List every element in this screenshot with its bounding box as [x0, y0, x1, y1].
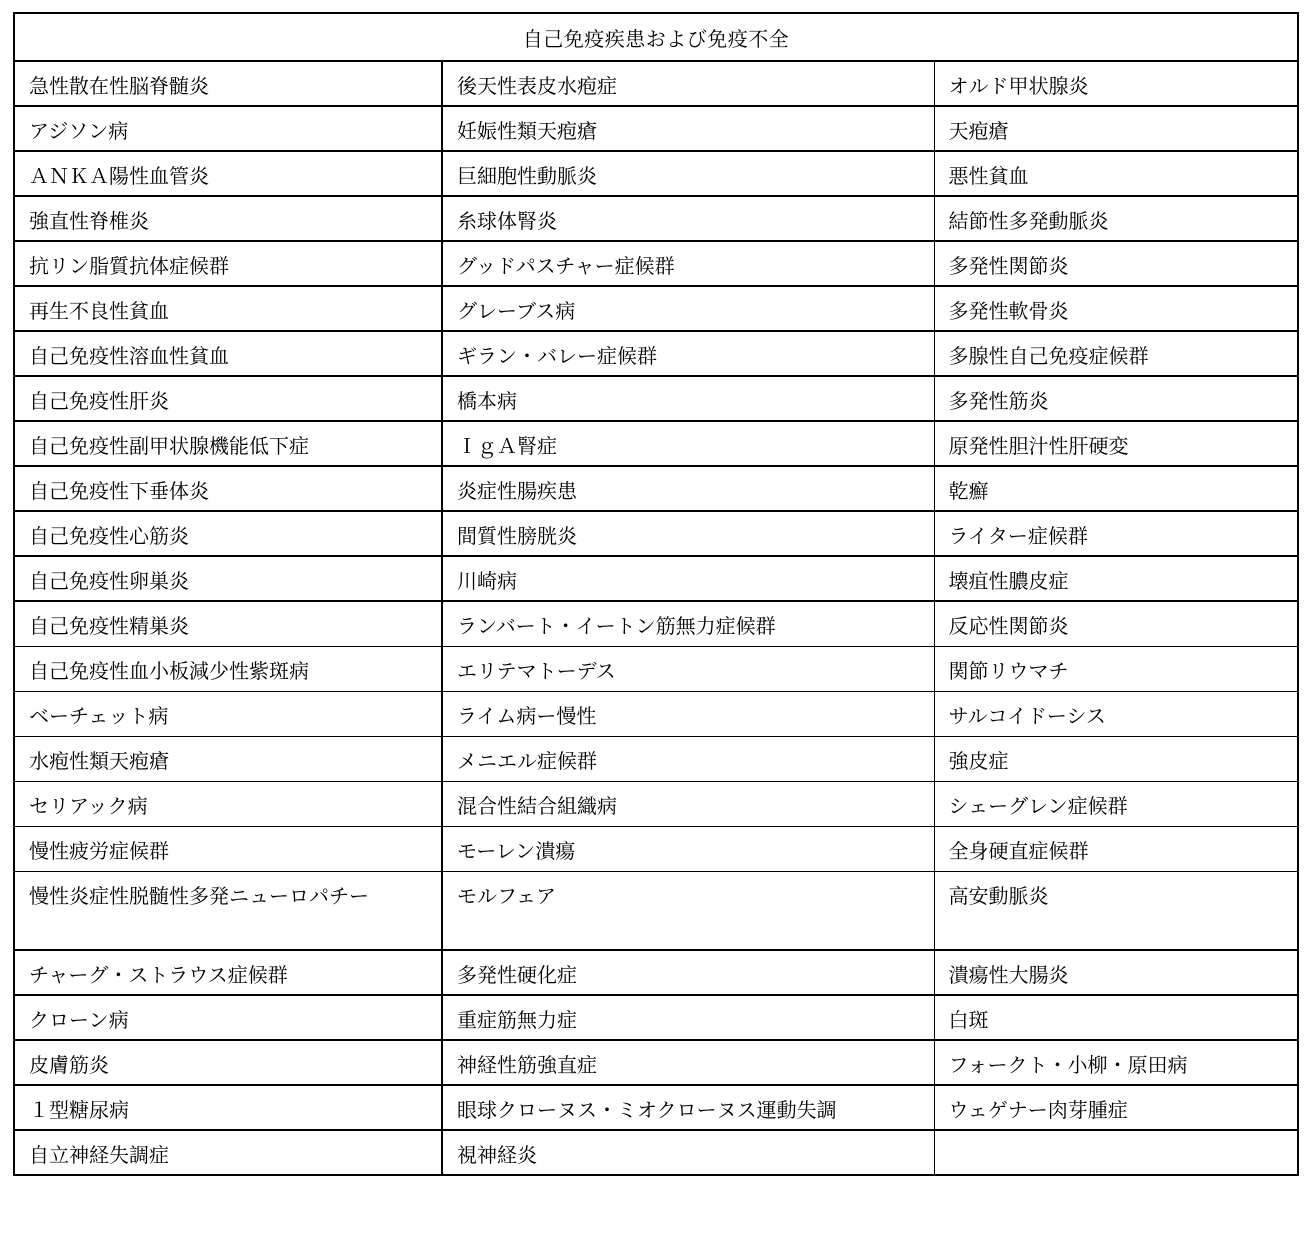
table-cell: 高安動脈炎: [934, 871, 1298, 950]
table-cell: モルフェア: [442, 871, 934, 950]
table-cell: 自己免疫性肝炎: [14, 376, 442, 421]
table-row: 急性散在性脳脊髄炎 後天性表皮水疱症 オルド甲状腺炎: [14, 61, 1298, 106]
table-cell: ＩｇＡ腎症: [442, 421, 934, 466]
table-cell: 関節リウマチ: [934, 646, 1298, 691]
table-cell-empty: [934, 1130, 1298, 1175]
table-cell: ライター症候群: [934, 511, 1298, 556]
table-row: クローン病 重症筋無力症 白斑: [14, 995, 1298, 1040]
table-cell: 全身硬直症候群: [934, 826, 1298, 871]
table-cell: セリアック病: [14, 781, 442, 826]
table-row: １型糖尿病 眼球クローヌス・ミオクローヌス運動失調 ウェゲナー肉芽腫症: [14, 1085, 1298, 1130]
table-cell: １型糖尿病: [14, 1085, 442, 1130]
table-cell: ギラン・バレー症候群: [442, 331, 934, 376]
table-cell: 多発性硬化症: [442, 950, 934, 995]
table-header-row: 自己免疫疾患および免疫不全: [14, 13, 1298, 61]
table-cell: 糸球体腎炎: [442, 196, 934, 241]
table-cell: 皮膚筋炎: [14, 1040, 442, 1085]
table-cell: 自己免疫性副甲状腺機能低下症: [14, 421, 442, 466]
table-cell: 妊娠性類天疱瘡: [442, 106, 934, 151]
table-cell: 壊疽性膿皮症: [934, 556, 1298, 601]
table-row: ＡＮＫＡ陽性血管炎 巨細胞性動脈炎 悪性貧血: [14, 151, 1298, 196]
table-cell: 間質性膀胱炎: [442, 511, 934, 556]
table-cell: 自己免疫性卵巣炎: [14, 556, 442, 601]
table-cell: 結節性多発動脈炎: [934, 196, 1298, 241]
table-cell: 巨細胞性動脈炎: [442, 151, 934, 196]
table-cell: 川崎病: [442, 556, 934, 601]
table-row: 水疱性類天疱瘡 メニエル症候群 強皮症: [14, 736, 1298, 781]
table-cell: 重症筋無力症: [442, 995, 934, 1040]
table-row: 自己免疫性卵巣炎 川崎病 壊疽性膿皮症: [14, 556, 1298, 601]
table-cell: 悪性貧血: [934, 151, 1298, 196]
table-cell: 視神経炎: [442, 1130, 934, 1175]
table-row: アジソン病 妊娠性類天疱瘡 天疱瘡: [14, 106, 1298, 151]
table-cell: 反応性関節炎: [934, 601, 1298, 646]
table-cell: 抗リン脂質抗体症候群: [14, 241, 442, 286]
table-row: ベーチェット病 ライム病ー慢性 サルコイドーシス: [14, 691, 1298, 736]
table-row: 自己免疫性下垂体炎 炎症性腸疾患 乾癬: [14, 466, 1298, 511]
table-cell: オルド甲状腺炎: [934, 61, 1298, 106]
table-cell: 自己免疫性精巣炎: [14, 601, 442, 646]
table-cell: グッドパスチャー症候群: [442, 241, 934, 286]
table-cell: 強直性脊椎炎: [14, 196, 442, 241]
table-cell: 多腺性自己免疫症候群: [934, 331, 1298, 376]
table-cell: 眼球クローヌス・ミオクローヌス運動失調: [442, 1085, 934, 1130]
table-row: 再生不良性貧血 グレーブス病 多発性軟骨炎: [14, 286, 1298, 331]
table-cell: 神経性筋強直症: [442, 1040, 934, 1085]
table-row: 抗リン脂質抗体症候群 グッドパスチャー症候群 多発性関節炎: [14, 241, 1298, 286]
table-cell: フォークト・小柳・原田病: [934, 1040, 1298, 1085]
table-cell: チャーグ・ストラウス症候群: [14, 950, 442, 995]
table-row: チャーグ・ストラウス症候群 多発性硬化症 潰瘍性大腸炎: [14, 950, 1298, 995]
table-row: 自立神経失調症 視神経炎: [14, 1130, 1298, 1175]
table-cell: 慢性炎症性脱髄性多発ニューロパチー: [14, 871, 442, 950]
table-title: 自己免疫疾患および免疫不全: [14, 13, 1298, 61]
table-cell: 慢性疲労症候群: [14, 826, 442, 871]
table-cell: モーレン潰瘍: [442, 826, 934, 871]
table-cell: 自己免疫性血小板減少性紫斑病: [14, 646, 442, 691]
table-row: セリアック病 混合性結合組織病 シェーグレン症候群: [14, 781, 1298, 826]
table-cell: 橋本病: [442, 376, 934, 421]
table-cell: 多発性軟骨炎: [934, 286, 1298, 331]
table-cell: ベーチェット病: [14, 691, 442, 736]
table-row: 強直性脊椎炎 糸球体腎炎 結節性多発動脈炎: [14, 196, 1298, 241]
table-row: 自己免疫性肝炎 橋本病 多発性筋炎: [14, 376, 1298, 421]
table-cell: エリテマトーデス: [442, 646, 934, 691]
table-cell: 多発性関節炎: [934, 241, 1298, 286]
table-cell: 混合性結合組織病: [442, 781, 934, 826]
table-cell: グレーブス病: [442, 286, 934, 331]
table-cell: 原発性胆汁性肝硬変: [934, 421, 1298, 466]
table-cell: 多発性筋炎: [934, 376, 1298, 421]
table-cell: 自己免疫性溶血性貧血: [14, 331, 442, 376]
table-cell: シェーグレン症候群: [934, 781, 1298, 826]
table-cell: 再生不良性貧血: [14, 286, 442, 331]
table-row: 自己免疫性溶血性貧血 ギラン・バレー症候群 多腺性自己免疫症候群: [14, 331, 1298, 376]
table-row: 自己免疫性精巣炎 ランバート・イートン筋無力症候群 反応性関節炎: [14, 601, 1298, 646]
table-cell: 白斑: [934, 995, 1298, 1040]
table-row: 皮膚筋炎 神経性筋強直症 フォークト・小柳・原田病: [14, 1040, 1298, 1085]
table-cell: 急性散在性脳脊髄炎: [14, 61, 442, 106]
table-cell: ウェゲナー肉芽腫症: [934, 1085, 1298, 1130]
disease-table: 自己免疫疾患および免疫不全 急性散在性脳脊髄炎 後天性表皮水疱症 オルド甲状腺炎…: [13, 12, 1299, 1176]
table-cell: サルコイドーシス: [934, 691, 1298, 736]
table-row: 慢性炎症性脱髄性多発ニューロパチー モルフェア 高安動脈炎: [14, 871, 1298, 950]
table-cell: 自己免疫性下垂体炎: [14, 466, 442, 511]
table-cell: アジソン病: [14, 106, 442, 151]
table-row: 自己免疫性副甲状腺機能低下症 ＩｇＡ腎症 原発性胆汁性肝硬変: [14, 421, 1298, 466]
table-row: 自己免疫性心筋炎 間質性膀胱炎 ライター症候群: [14, 511, 1298, 556]
table-cell: 水疱性類天疱瘡: [14, 736, 442, 781]
table-row: 慢性疲労症候群 モーレン潰瘍 全身硬直症候群: [14, 826, 1298, 871]
table-cell: クローン病: [14, 995, 442, 1040]
table-cell: 自立神経失調症: [14, 1130, 442, 1175]
table-cell: 後天性表皮水疱症: [442, 61, 934, 106]
table-cell: 強皮症: [934, 736, 1298, 781]
table-cell: 潰瘍性大腸炎: [934, 950, 1298, 995]
table-cell: メニエル症候群: [442, 736, 934, 781]
table-cell: ランバート・イートン筋無力症候群: [442, 601, 934, 646]
table-cell: 乾癬: [934, 466, 1298, 511]
table-cell: 炎症性腸疾患: [442, 466, 934, 511]
table-cell: 天疱瘡: [934, 106, 1298, 151]
table-row: 自己免疫性血小板減少性紫斑病 エリテマトーデス 関節リウマチ: [14, 646, 1298, 691]
table-cell: ＡＮＫＡ陽性血管炎: [14, 151, 442, 196]
table-cell: 自己免疫性心筋炎: [14, 511, 442, 556]
table-cell: ライム病ー慢性: [442, 691, 934, 736]
